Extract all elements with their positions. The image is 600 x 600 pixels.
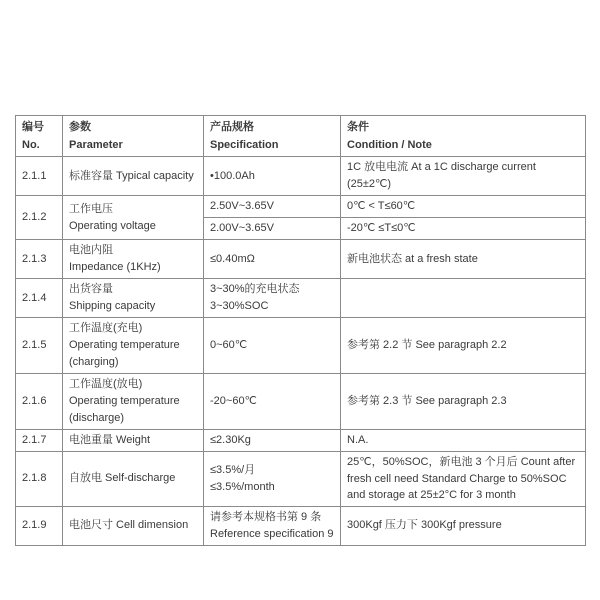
table-row: 2.1.4 出货容量 Shipping capacity 3~30%的充电状态 … bbox=[16, 279, 586, 318]
cell-no: 2.1.7 bbox=[16, 430, 63, 452]
table-row: 2.1.2 工作电压 Operating voltage 2.50V~3.65V… bbox=[16, 196, 586, 218]
cell-no: 2.1.1 bbox=[16, 157, 63, 196]
table-row: 2.1.8 自放电 Self-discharge ≤3.5%/月 ≤3.5%/m… bbox=[16, 452, 586, 507]
cell-parameter: 工作电压 Operating voltage bbox=[63, 196, 204, 240]
cell-parameter: 出货容量 Shipping capacity bbox=[63, 279, 204, 318]
header-cell-condition: 条件 Condition / Note bbox=[341, 116, 586, 157]
cell-no: 2.1.6 bbox=[16, 374, 63, 430]
cell-specification: 0~60℃ bbox=[204, 318, 341, 374]
cell-no: 2.1.9 bbox=[16, 506, 63, 545]
cell-no: 2.1.3 bbox=[16, 240, 63, 279]
cell-condition: 25℃，50%SOC，新电池 3 个月后 Count after fresh c… bbox=[341, 452, 586, 507]
cell-specification-lower: 2.00V~3.65V bbox=[204, 218, 341, 240]
cell-parameter: 自放电 Self-discharge bbox=[63, 452, 204, 507]
table-row: 2.1.6 工作温度(放电) Operating temperature (di… bbox=[16, 374, 586, 430]
header-cell-parameter: 参数 Parameter bbox=[63, 116, 204, 157]
cell-no: 2.1.5 bbox=[16, 318, 63, 374]
cell-specification: 请参考本规格书第 9 条 Reference specification 9 bbox=[204, 506, 341, 545]
header-cell-specification: 产品规格 Specification bbox=[204, 116, 341, 157]
cell-specification: -20~60℃ bbox=[204, 374, 341, 430]
table-row: 2.1.1 标准容量 Typical capacity •100.0Ah 1C … bbox=[16, 157, 586, 196]
cell-specification: 3~30%的充电状态 3~30%SOC bbox=[204, 279, 341, 318]
cell-no: 2.1.8 bbox=[16, 452, 63, 507]
battery-spec-table: 编号 No. 参数 Parameter 产品规格 Specification 条… bbox=[15, 115, 586, 546]
cell-condition: 新电池状态 at a fresh state bbox=[341, 240, 586, 279]
cell-specification: ≤0.40mΩ bbox=[204, 240, 341, 279]
cell-condition: 1C 放电电流 At a 1C discharge current (25±2℃… bbox=[341, 157, 586, 196]
cell-parameter: 电池尺寸 Cell dimension bbox=[63, 506, 204, 545]
cell-condition: 参考第 2.3 节 See paragraph 2.3 bbox=[341, 374, 586, 430]
table-row: 2.1.3 电池内阻 Impedance (1KHz) ≤0.40mΩ 新电池状… bbox=[16, 240, 586, 279]
cell-condition: 300Kgf 压力下 300Kgf pressure bbox=[341, 506, 586, 545]
cell-parameter: 电池内阻 Impedance (1KHz) bbox=[63, 240, 204, 279]
header-cell-no: 编号 No. bbox=[16, 116, 63, 157]
cell-specification-upper: 2.50V~3.65V bbox=[204, 196, 341, 218]
table-row: 2.1.7 电池重量 Weight ≤2.30Kg N.A. bbox=[16, 430, 586, 452]
cell-parameter: 电池重量 Weight bbox=[63, 430, 204, 452]
cell-condition bbox=[341, 279, 586, 318]
document-page: 编号 No. 参数 Parameter 产品规格 Specification 条… bbox=[0, 0, 600, 600]
cell-specification: ≤2.30Kg bbox=[204, 430, 341, 452]
cell-condition: 参考第 2.2 节 See paragraph 2.2 bbox=[341, 318, 586, 374]
cell-parameter: 工作温度(放电) Operating temperature (discharg… bbox=[63, 374, 204, 430]
table-row: 2.1.5 工作温度(充电) Operating temperature (ch… bbox=[16, 318, 586, 374]
cell-specification: ≤3.5%/月 ≤3.5%/month bbox=[204, 452, 341, 507]
cell-parameter: 标准容量 Typical capacity bbox=[63, 157, 204, 196]
cell-specification: •100.0Ah bbox=[204, 157, 341, 196]
cell-parameter: 工作温度(充电) Operating temperature (charging… bbox=[63, 318, 204, 374]
table-row: 2.1.9 电池尺寸 Cell dimension 请参考本规格书第 9 条 R… bbox=[16, 506, 586, 545]
cell-condition-upper: 0℃ < T≤60℃ bbox=[341, 196, 586, 218]
cell-no: 2.1.4 bbox=[16, 279, 63, 318]
cell-no: 2.1.2 bbox=[16, 196, 63, 240]
cell-condition: N.A. bbox=[341, 430, 586, 452]
cell-condition-lower: -20℃ ≤T≤0℃ bbox=[341, 218, 586, 240]
table-header-row: 编号 No. 参数 Parameter 产品规格 Specification 条… bbox=[16, 116, 586, 157]
